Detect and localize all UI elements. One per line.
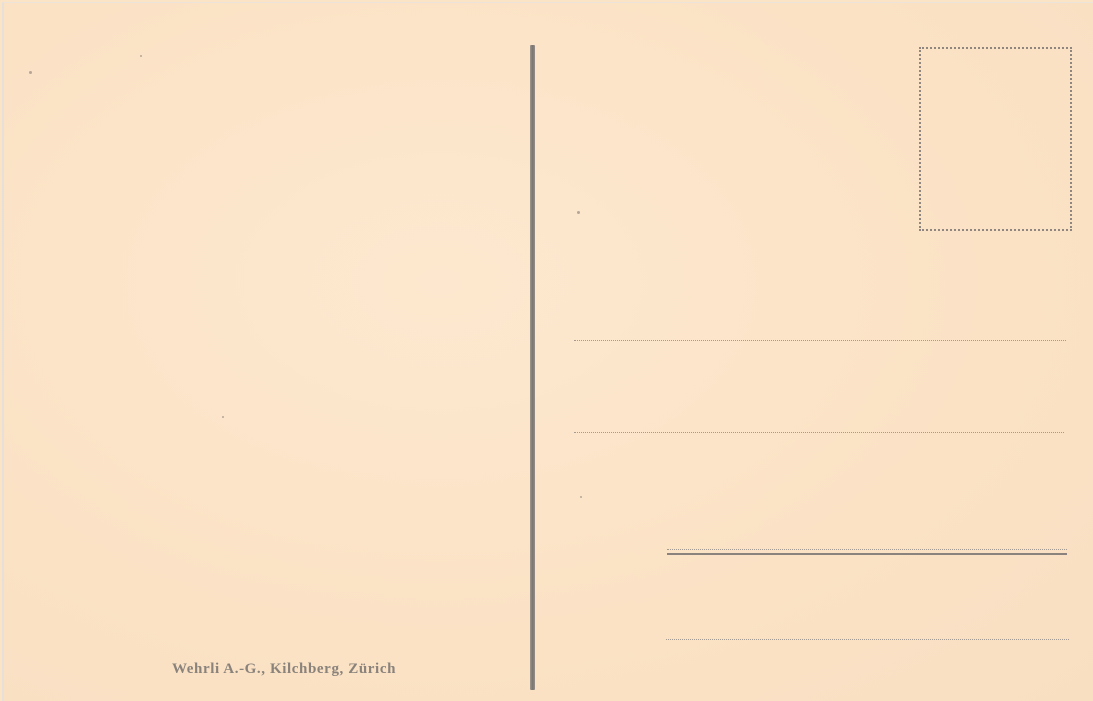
paper-speck [580, 496, 582, 498]
address-line-3 [667, 549, 1067, 555]
address-line-1 [574, 340, 1066, 341]
center-divider-line [530, 45, 535, 690]
address-line-2 [574, 432, 1064, 433]
paper-speck [577, 211, 580, 214]
publisher-imprint: Wehrli A.-G., Kilchberg, Zürich [172, 661, 396, 678]
address-line-4 [666, 639, 1069, 640]
paper-speck [222, 416, 224, 418]
stamp-placement-box [919, 47, 1072, 231]
paper-speck [29, 71, 32, 74]
paper-speck [140, 55, 142, 57]
postcard-back: Wehrli A.-G., Kilchberg, Zürich [2, 2, 1093, 701]
